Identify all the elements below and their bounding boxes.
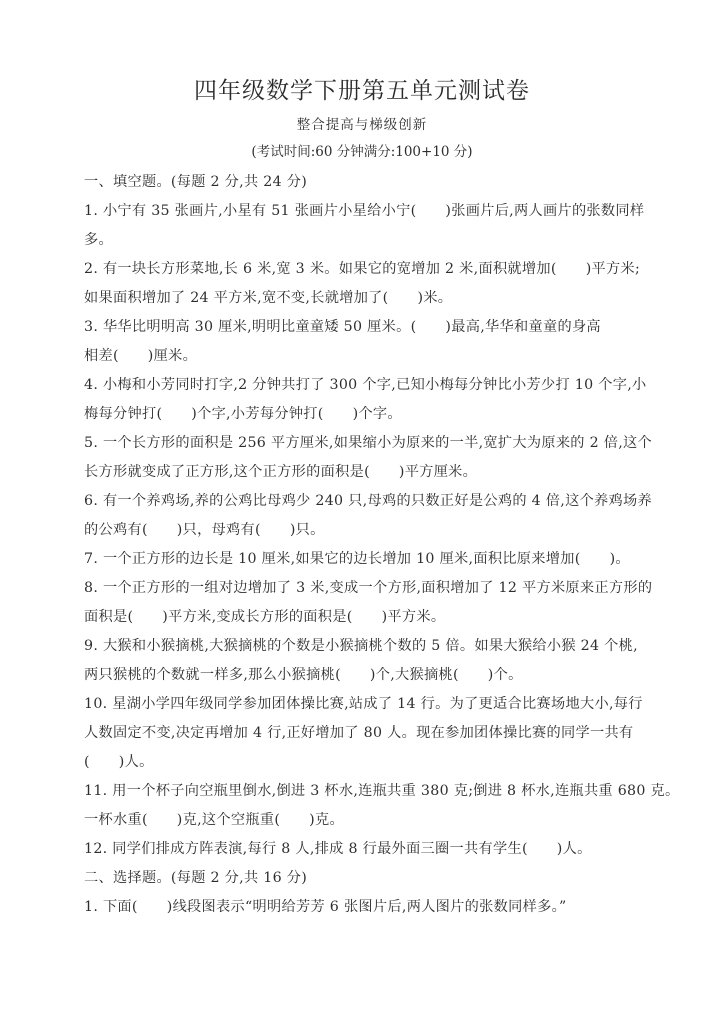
question-line: 9. 大猴和小猴摘桃,大猴摘桃的个数是小猴摘桃个数的 5 倍。如果大猴给小猴 2… [84, 632, 654, 661]
question-line: 8. 一个正方形的一组对边增加了 3 米,变成一个方形,面积增加了 12 平方米… [84, 574, 654, 603]
question-line: 的公鸡有( )只，母鸡有( )只。 [84, 516, 654, 545]
choice-question-1: 1. 下面( )线段图表示“明明给芳芳 6 张图片后,两人图片的张数同样多。” [84, 893, 654, 922]
question-line: 长方形就变成了正方形,这个正方形的面积是( )平方厘米。 [84, 458, 654, 487]
question-line: 3. 华华比明明高 30 厘米,明明比童童矮 50 厘米。( )最高,华华和童童… [84, 313, 654, 342]
question-10: 10. 星湖小学四年级同学参加团体操比赛,站成了 14 行。为了更适合比赛场地大… [84, 690, 654, 777]
question-line: ( )人。 [84, 748, 654, 777]
question-line: 如果面积增加了 24 平方米,宽不变,长就增加了( )米。 [84, 284, 654, 313]
exam-content: 一、填空题。(每题 2 分,共 24 分) 1. 小宁有 35 张画片,小星有 … [84, 168, 654, 922]
page-title: 四年级数学下册第五单元测试卷 [0, 72, 724, 105]
section-heading-fill-blank: 一、填空题。(每题 2 分,共 24 分) [84, 168, 654, 197]
question-line: 5. 一个长方形的面积是 256 平方厘米,如果缩小为原来的一半,宽扩大为原来的… [84, 429, 654, 458]
question-line: 7. 一个正方形的边长是 10 厘米,如果它的边长增加 10 厘米,面积比原来增… [84, 545, 654, 574]
question-2: 2. 有一块长方形菜地,长 6 米,宽 3 米。如果它的宽增加 2 米,面积就增… [84, 255, 654, 313]
question-line: 2. 有一块长方形菜地,长 6 米,宽 3 米。如果它的宽增加 2 米,面积就增… [84, 255, 654, 284]
question-1: 1. 小宁有 35 张画片,小星有 51 张画片小星给小宁( )张画片后,两人画… [84, 197, 654, 255]
question-6: 6. 有一个养鸡场,养的公鸡比母鸡少 240 只,母鸡的只数正好是公鸡的 4 倍… [84, 487, 654, 545]
question-line: 1. 下面( )线段图表示“明明给芳芳 6 张图片后,两人图片的张数同样多。” [84, 893, 654, 922]
question-5: 5. 一个长方形的面积是 256 平方厘米,如果缩小为原来的一半,宽扩大为原来的… [84, 429, 654, 487]
question-11: 11. 用一个杯子向空瓶里倒水,倒进 3 杯水,连瓶共重 380 克;倒进 8 … [84, 777, 654, 835]
question-line: 面积是( )平方米,变成长方形的面积是( )平方米。 [84, 603, 654, 632]
question-line: 人数固定不变,决定再增加 4 行,正好增加了 80 人。现在参加团体操比赛的同学… [84, 719, 654, 748]
exam-page: 四年级数学下册第五单元测试卷 整合提高与梯级创新 (考试时间:60 分钟满分:1… [0, 0, 724, 1024]
question-line: 一杯水重( )克,这个空瓶重( )克。 [84, 806, 654, 835]
question-12: 12. 同学们排成方阵表演,每行 8 人,排成 8 行最外面三圈一共有学生( )… [84, 835, 654, 864]
question-9: 9. 大猴和小猴摘桃,大猴摘桃的个数是小猴摘桃个数的 5 倍。如果大猴给小猴 2… [84, 632, 654, 690]
question-line: 10. 星湖小学四年级同学参加团体操比赛,站成了 14 行。为了更适合比赛场地大… [84, 690, 654, 719]
question-8: 8. 一个正方形的一组对边增加了 3 米,变成一个方形,面积增加了 12 平方米… [84, 574, 654, 632]
question-line: 6. 有一个养鸡场,养的公鸡比母鸡少 240 只,母鸡的只数正好是公鸡的 4 倍… [84, 487, 654, 516]
question-line: 1. 小宁有 35 张画片,小星有 51 张画片小星给小宁( )张画片后,两人画… [84, 197, 654, 226]
question-line: 11. 用一个杯子向空瓶里倒水,倒进 3 杯水,连瓶共重 380 克;倒进 8 … [84, 777, 654, 806]
section-heading-multiple-choice: 二、选择题。(每题 2 分,共 16 分) [84, 864, 654, 893]
exam-info: (考试时间:60 分钟满分:100+10 分) [0, 140, 724, 160]
question-7: 7. 一个正方形的边长是 10 厘米,如果它的边长增加 10 厘米,面积比原来增… [84, 545, 654, 574]
question-4: 4. 小梅和小芳同时打字,2 分钟共打了 300 个字,已知小梅每分钟比小芳少打… [84, 371, 654, 429]
page-subtitle: 整合提高与梯级创新 [0, 113, 724, 133]
question-line: 梅每分钟打( )个字,小芳每分钟打( )个字。 [84, 400, 654, 429]
question-line: 两只猴桃的个数就一样多,那么小猴摘桃( )个,大猴摘桃( )个。 [84, 661, 654, 690]
question-line: 4. 小梅和小芳同时打字,2 分钟共打了 300 个字,已知小梅每分钟比小芳少打… [84, 371, 654, 400]
question-3: 3. 华华比明明高 30 厘米,明明比童童矮 50 厘米。( )最高,华华和童童… [84, 313, 654, 371]
question-line: 相差( )厘米。 [84, 342, 654, 371]
question-line: 多。 [84, 226, 654, 255]
question-line: 12. 同学们排成方阵表演,每行 8 人,排成 8 行最外面三圈一共有学生( )… [84, 835, 654, 864]
